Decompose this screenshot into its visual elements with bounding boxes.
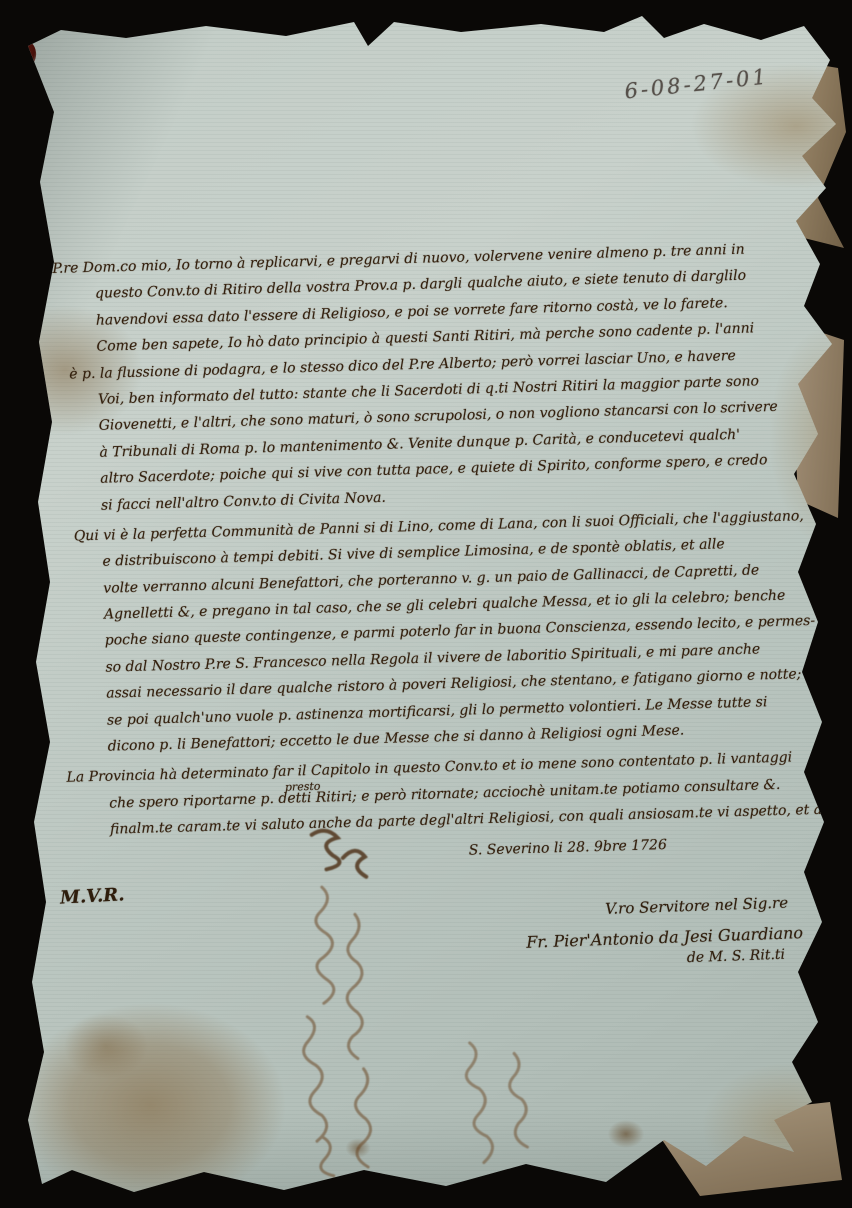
paragraph-2: Qui vi è la perfetta Communità de Panni … bbox=[59, 502, 840, 761]
dateline: S. Severino li 28. 9bre 1726 bbox=[468, 827, 844, 863]
archive-reference-number: 6-08-27-01 bbox=[623, 57, 844, 104]
letter-body: P.re Dom.co mio, Io torno à replicarvi, … bbox=[52, 234, 844, 874]
paper-sheet: 6-08-27-01 P.re Dom.co mio, Io torno à r… bbox=[6, 6, 846, 1204]
signature-block: V.ro Servitore nel Sig.re Fr. Pier'Anton… bbox=[485, 892, 837, 973]
paragraph-1: P.re Dom.co mio, Io torno à replicarvi, … bbox=[52, 234, 834, 519]
postscript-initials: M.V.R. bbox=[59, 884, 125, 908]
red-wax-mark bbox=[7, 37, 40, 73]
signature-title: de M. S. Rit.ti bbox=[687, 945, 837, 966]
interline-insertion: presto bbox=[285, 774, 321, 801]
photograph-of-letter: 6-08-27-01 P.re Dom.co mio, Io torno à r… bbox=[0, 0, 852, 1208]
verso-ink-showthrough bbox=[435, 1026, 561, 1190]
valediction: V.ro Servitore nel Sig.re bbox=[605, 892, 835, 918]
verso-ink-showthrough bbox=[262, 815, 424, 1180]
